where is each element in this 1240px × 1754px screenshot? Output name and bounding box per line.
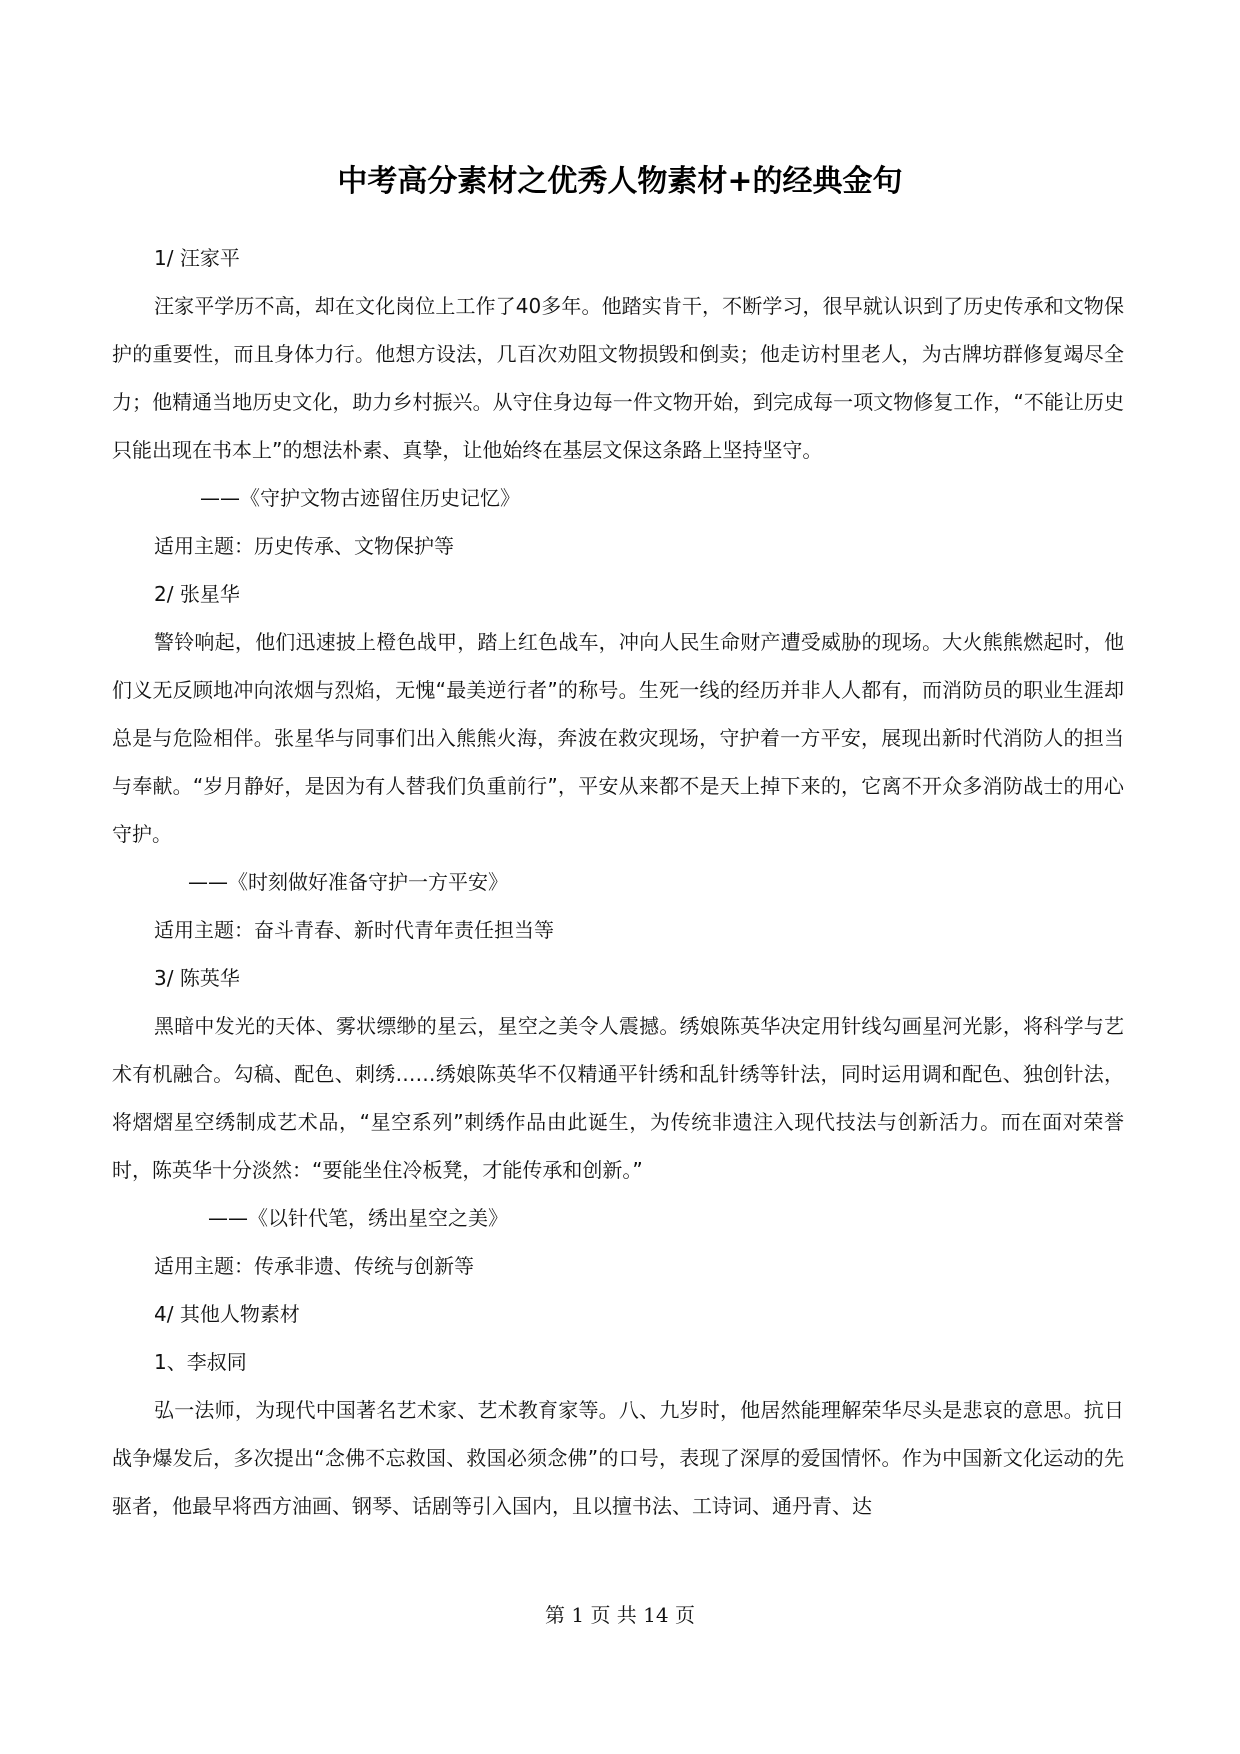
section-paragraph: 警铃响起，他们迅速披上橙色战甲，踏上红色战车，冲向人民生命财产遭受威胁的现场。大… bbox=[112, 618, 1124, 858]
section-paragraph: 弘一法师，为现代中国著名艺术家、艺术教育家等。八、九岁时，他居然能理解荣华尽头是… bbox=[112, 1386, 1124, 1530]
document-title: 中考高分素材之优秀人物素材+的经典金句 bbox=[0, 160, 1240, 204]
page-number-footer: 第 1 页 共 14 页 bbox=[0, 1600, 1240, 1630]
section-heading: 3/ 陈英华 bbox=[112, 954, 1124, 1002]
section-source: ——《时刻做好准备守护一方平安》 bbox=[112, 858, 1124, 906]
section-theme: 适用主题：奋斗青春、新时代青年责任担当等 bbox=[112, 906, 1124, 954]
section-heading: 1/ 汪家平 bbox=[112, 234, 1124, 282]
section-source: ——《守护文物古迹留住历史记忆》 bbox=[112, 474, 1124, 522]
section-paragraph: 黑暗中发光的天体、雾状缥缈的星云，星空之美令人震撼。绣娘陈英华决定用针线勾画星河… bbox=[112, 1002, 1124, 1194]
document-body: 1/ 汪家平 汪家平学历不高，却在文化岗位上工作了40多年。他踏实肯干，不断学习… bbox=[112, 234, 1124, 1530]
section-paragraph: 汪家平学历不高，却在文化岗位上工作了40多年。他踏实肯干，不断学习，很早就认识到… bbox=[112, 282, 1124, 474]
document-page: 中考高分素材之优秀人物素材+的经典金句 1/ 汪家平 汪家平学历不高，却在文化岗… bbox=[0, 0, 1240, 1754]
section-theme: 适用主题：传承非遗、传统与创新等 bbox=[112, 1242, 1124, 1290]
section-subheading: 1、李叔同 bbox=[112, 1338, 1124, 1386]
section-heading: 4/ 其他人物素材 bbox=[112, 1290, 1124, 1338]
section-theme: 适用主题：历史传承、文物保护等 bbox=[112, 522, 1124, 570]
section-heading: 2/ 张星华 bbox=[112, 570, 1124, 618]
section-source: ——《以针代笔，绣出星空之美》 bbox=[112, 1194, 1124, 1242]
